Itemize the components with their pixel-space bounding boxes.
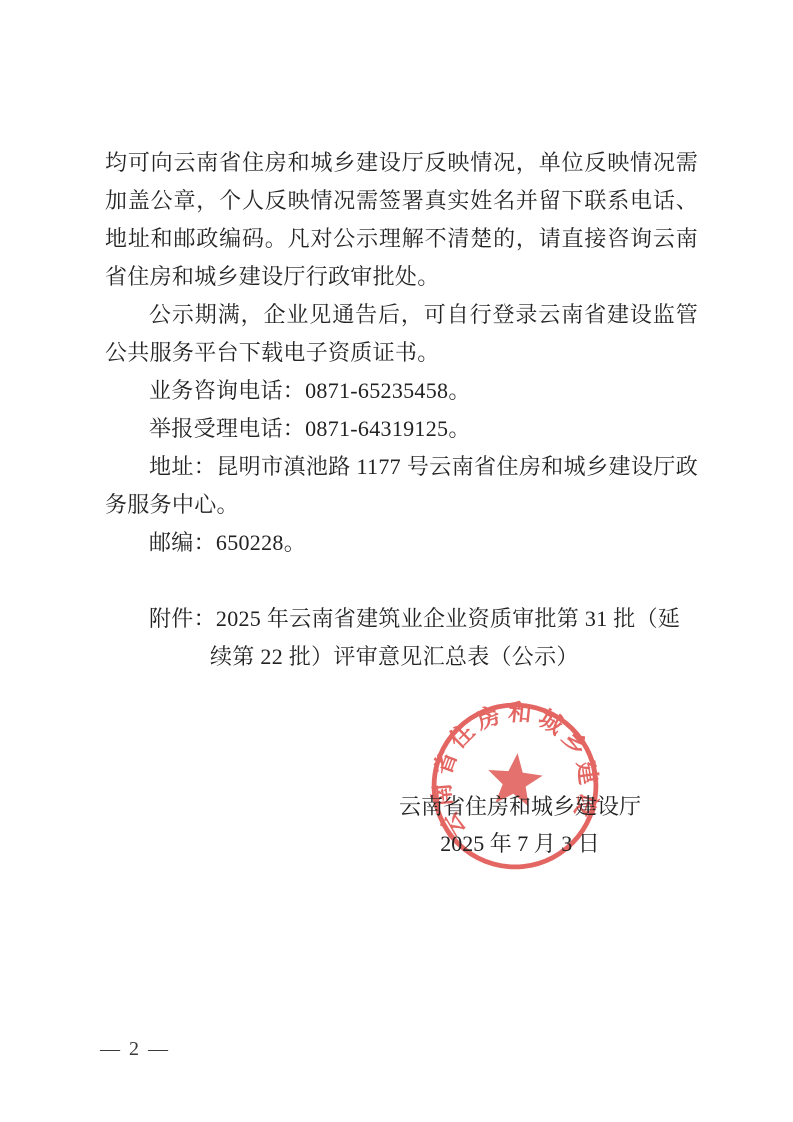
- document-page: 均可向云南省住房和城乡建设厅反映情况，单位反映情况需加盖公章，个人反映情况需签署…: [0, 0, 793, 1122]
- body-paragraph-certificate: 公示期满，企业见通告后，可自行登录云南省建设监管公共服务平台下载电子资质证书。: [105, 296, 698, 372]
- consult-phone-line: 业务咨询电话：0871-65235458。: [105, 372, 698, 410]
- issuing-agency: 云南省住房和城乡建设厅: [379, 788, 661, 825]
- document-body: 均可向云南省住房和城乡建设厅反映情况，单位反映情况需加盖公章，个人反映情况需签署…: [105, 144, 698, 676]
- report-phone-line: 举报受理电话：0871-64319125。: [105, 410, 698, 448]
- issue-date: 2025 年 7 月 3 日: [379, 825, 661, 862]
- body-paragraph-feedback: 均可向云南省住房和城乡建设厅反映情况，单位反映情况需加盖公章，个人反映情况需签署…: [105, 144, 698, 296]
- address-line: 地址：昆明市滇池路 1177 号云南省住房和城乡建设厅政务服务中心。: [105, 448, 698, 524]
- postcode-line: 邮编：650228。: [105, 524, 698, 562]
- attachment-line: 附件：2025 年云南省建筑业企业资质审批第 31 批（延续第 22 批）评审意…: [105, 600, 698, 676]
- signature-block: 云南省住房和城乡建设厅 2025 年 7 月 3 日: [379, 788, 661, 862]
- page-number: — 2 —: [100, 1038, 170, 1061]
